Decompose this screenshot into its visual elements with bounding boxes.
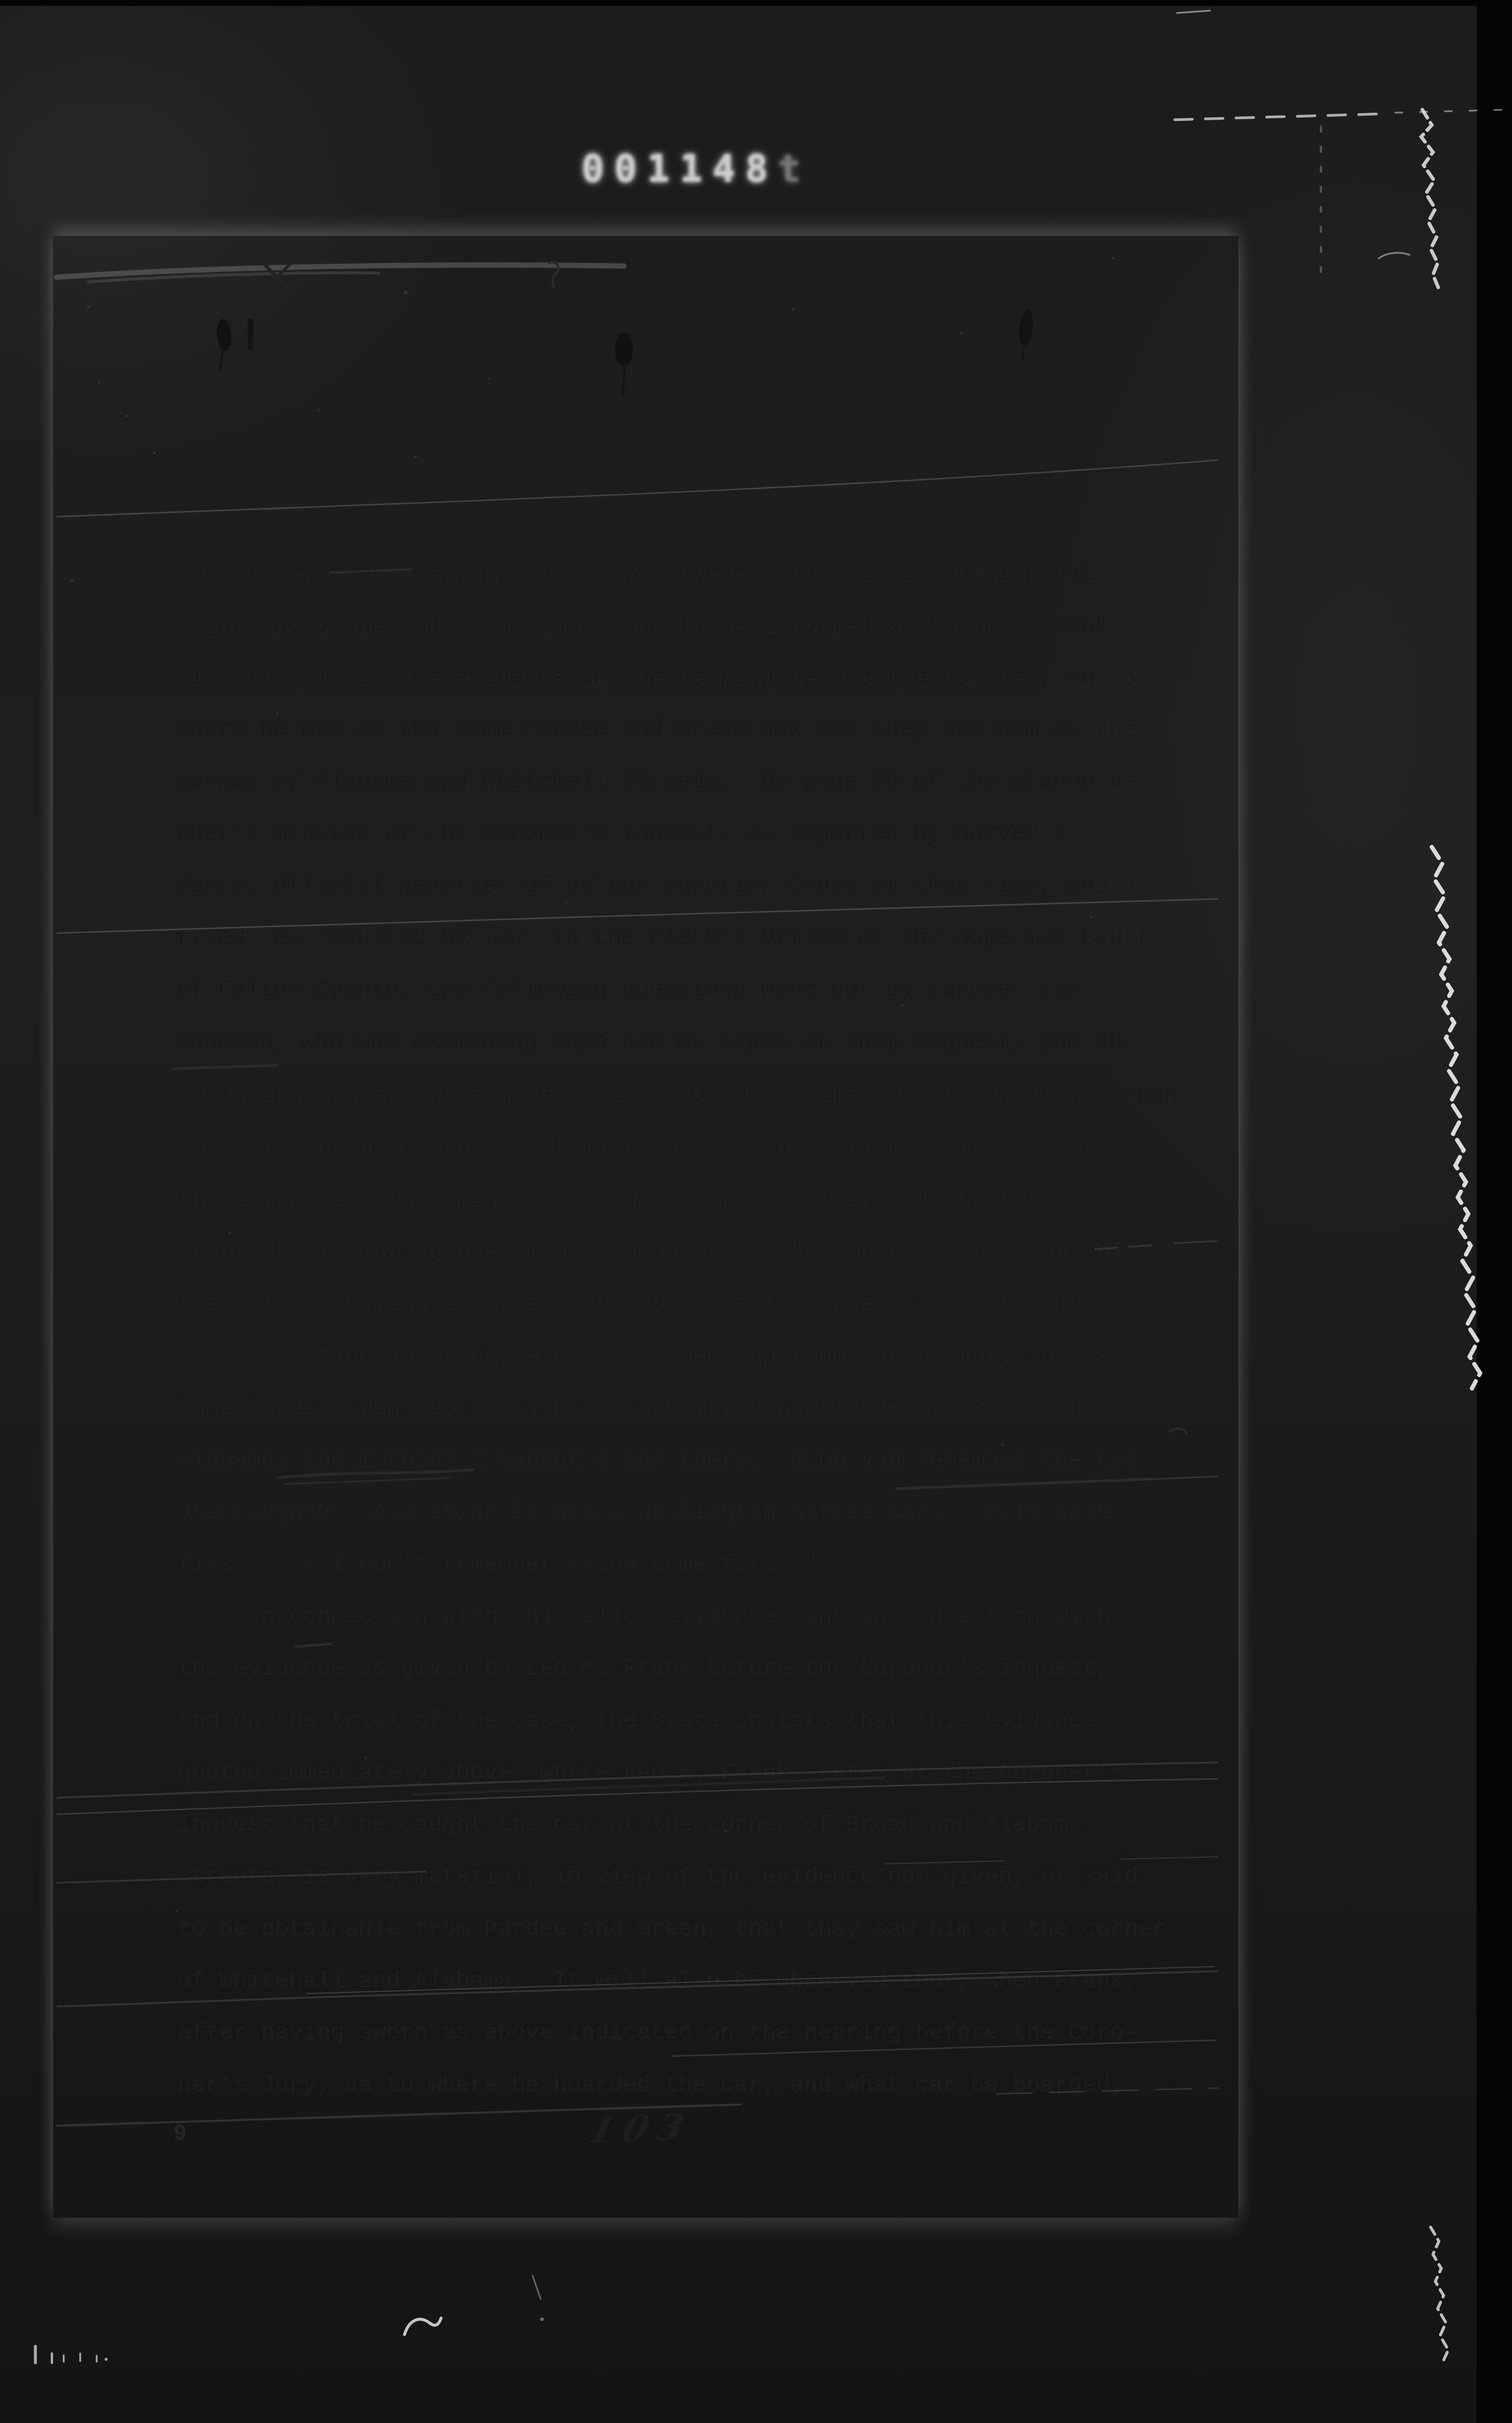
serial-stamp-partial-glyph: t xyxy=(778,147,811,191)
document-line: you caught? A.I think it was a Washingto… xyxy=(177,1486,1191,1538)
document-line: bama Street, went up Forsyth to Alabama,… xyxy=(177,1382,1191,1434)
document-line: filed, as required by law, in the Clerk'… xyxy=(177,913,1191,965)
typed-page-number: 9 xyxy=(173,2123,187,2146)
film-top-edge xyxy=(0,0,1512,6)
document-line: three minutes, four minutes; it was a tr… xyxy=(177,1174,1191,1226)
document-line: Donehoo, who was examining said Leo M. F… xyxy=(177,1017,1191,1069)
document-lines: on this extraordinary motion, says howev… xyxy=(177,549,1191,2111)
film-right-edge xyxy=(1477,0,1512,2423)
document-line: occur the following questions and answer… xyxy=(177,1226,1191,1278)
film-edge-dashes-top xyxy=(1175,11,1507,277)
serial-stamp-digits: 001148 xyxy=(581,147,778,191)
film-edge-squiggle-middle xyxy=(1432,847,1480,1388)
document-line: after having sworn as above indicated on… xyxy=(177,2007,1191,2058)
handwritten-page-number: 103 xyxy=(584,2105,696,2152)
document-line: following answers were given, viz: "Q. W… xyxy=(177,1069,1191,1121)
microfilm-scan-background: 001148t on this extraordinary motion, sa… xyxy=(0,0,1512,2423)
bottom-scribble-mark xyxy=(405,2276,544,2335)
document-line: the office, 5 minutes after 1 o'clock, t… xyxy=(177,1278,1191,1329)
document-line: Alabama, and I think I caught a car ther… xyxy=(177,1434,1191,1486)
document-line: himself said in the evidence on the hear… xyxy=(177,653,1191,705)
document-line: In connection with this alibi evidence, … xyxy=(177,1590,1191,1642)
document-line: quoted immediately above, where Leo M. F… xyxy=(177,1746,1191,1798)
film-edge-code-marks xyxy=(35,2346,108,2363)
document-line: corner of Alabama and Whitehall Streets.… xyxy=(177,757,1191,809)
document-line: the evidence as given by Leo M. Frank be… xyxy=(177,1642,1191,1694)
document-line: ner's Jury, as to where he boarded the c… xyxy=(177,2059,1191,2111)
document-line: first? A.I don't remember which came fir… xyxy=(177,1538,1191,1590)
document-line: on this extraordinary motion, says howev… xyxy=(177,549,1191,600)
document-line: pher's minutes of the Coroner's inquest,… xyxy=(177,809,1191,861)
document-line: what direction you took, etc.? A.I went … xyxy=(177,1329,1191,1381)
serial-stamp: 001148t xyxy=(581,147,811,191)
document-line: Streets, is very material, in view of th… xyxy=(177,1850,1191,1902)
document-line: to be obtainable from Pardee and Green, … xyxy=(177,1903,1191,1955)
document-line: of Fulton County, the following question… xyxy=(177,965,1191,1017)
film-edge-squiggle-top xyxy=(1421,110,1439,289)
document-line: right and proper that the Court should b… xyxy=(177,600,1191,652)
document-line: inquest that he caught the car at the co… xyxy=(177,1798,1191,1850)
film-edge-squiggle-bottom xyxy=(1431,2227,1448,2363)
document-line: Barry, Official Reporter of Fulton Super… xyxy=(177,861,1191,913)
document-line: you left the building? A.It might have b… xyxy=(177,1121,1191,1173)
document-line: where he was at the time Pardee and Gree… xyxy=(177,705,1191,757)
document-line: and on the trial of the case, the State … xyxy=(177,1695,1191,1746)
document-line: of Whitehall and Alabama. It will also b… xyxy=(177,1955,1191,2007)
